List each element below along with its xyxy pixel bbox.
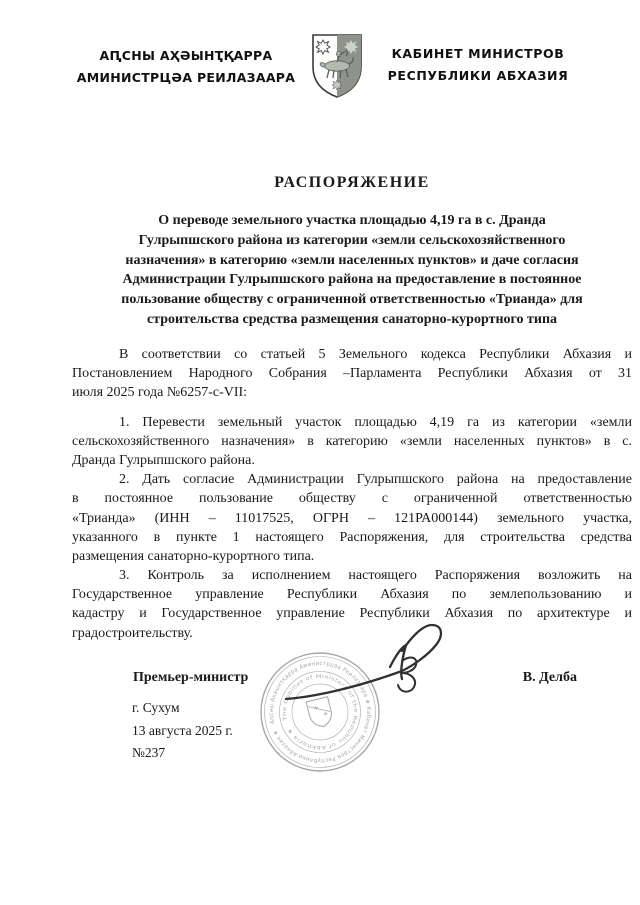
body-line: 2. Дать согласие Администрации Гулрыпшск… [72, 470, 632, 489]
header-russian-line2: РЕСПУБЛИКИ АБХАЗИЯ [372, 65, 584, 87]
body-line: Государственное управление Республики Аб… [72, 585, 632, 604]
coat-of-arms-icon [311, 32, 363, 100]
document-footer: г. Сухум 13 августа 2025 г. №237 [132, 697, 233, 765]
signer-name: В. Делба [523, 670, 577, 686]
body-line: размещения санаторно-курортного типа. [72, 547, 632, 566]
header-russian-line1: КАБИНЕТ МИНИСТРОВ [372, 43, 584, 65]
subject-line: строительства средства размещения санато… [72, 310, 632, 330]
body-line: указанного в пункте 1 настоящего Распоря… [72, 528, 632, 547]
document-body: В соответствии со статьей 5 Земельного к… [72, 345, 632, 643]
subject-line: О переводе земельного участка площадью 4… [72, 211, 632, 231]
signer-role: Премьер-министр [133, 670, 248, 686]
body-line: 3. Контроль за исполнением настоящего Ра… [72, 566, 632, 585]
issue-date: 13 августа 2025 г. [132, 720, 233, 743]
stamp-outer-text: Аԥсны Аҳәынҭқарра Аминистрцәа Реилазаара… [258, 650, 383, 774]
header-abkhaz-title: АԤСНЫ АҲӘЫНҬҚАРРА АМИНИСТРЦӘА РЕИЛАЗААРА [64, 45, 308, 88]
star-icon [332, 80, 342, 90]
body-line: 1. Перевести земельный участок площадью … [72, 413, 632, 432]
subject-line: Администрации Гулрыпшского района на пре… [72, 270, 632, 290]
header-russian-title: КАБИНЕТ МИНИСТРОВ РЕСПУБЛИКИ АБХАЗИЯ [372, 43, 584, 86]
body-line: Постановлением Народного Собрания –Парла… [72, 364, 632, 383]
body-line: сельскохозяйственного назначения» в кате… [72, 432, 632, 451]
document-title: РАСПОРЯЖЕНИЕ [72, 174, 632, 192]
body-line: июля 2025 года №6257-с-VII: [72, 383, 632, 402]
official-stamp-icon: Аԥсны Аҳәынҭқарра Аминистрцәа Реилазаара… [252, 615, 452, 785]
document-page: АԤСНЫ АҲӘЫНҬҚАРРА АМИНИСТРЦӘА РЕИЛАЗААРА… [0, 0, 640, 905]
svg-text:Аԥсны Аҳәынҭқарра Аминистрцәа: Аԥсны Аҳәынҭқарра Аминистрцәа Реилазаара… [258, 650, 383, 774]
subject-line: назначения» в категорию «земли населенны… [72, 251, 632, 271]
body-line: в постоянное пользование обществу с огра… [72, 489, 632, 508]
body-line: «Трианда» (ИНН – 11017525, ОГРН – 121РА0… [72, 509, 632, 528]
header-abkhaz-line2: АМИНИСТРЦӘА РЕИЛАЗААРА [64, 67, 308, 89]
star-icon [344, 40, 358, 54]
document-subject: О переводе земельного участка площадью 4… [72, 211, 632, 330]
stamp-center-shield-icon [306, 697, 334, 729]
subject-line: Гулрыпшского района из категории «земли … [72, 231, 632, 251]
document-number: №237 [132, 742, 233, 765]
round-seal-icon: Аԥсны Аҳәынҭқарра Аминистрцәа Реилазаара… [252, 640, 392, 783]
subject-line: пользование обществу с ограниченной отве… [72, 290, 632, 310]
issue-place: г. Сухум [132, 697, 233, 720]
header-abkhaz-line1: АԤСНЫ АҲӘЫНҬҚАРРА [64, 45, 308, 67]
body-line: В соответствии со статьей 5 Земельного к… [72, 345, 632, 364]
body-line: Дранда Гулрыпшского района. [72, 451, 632, 470]
